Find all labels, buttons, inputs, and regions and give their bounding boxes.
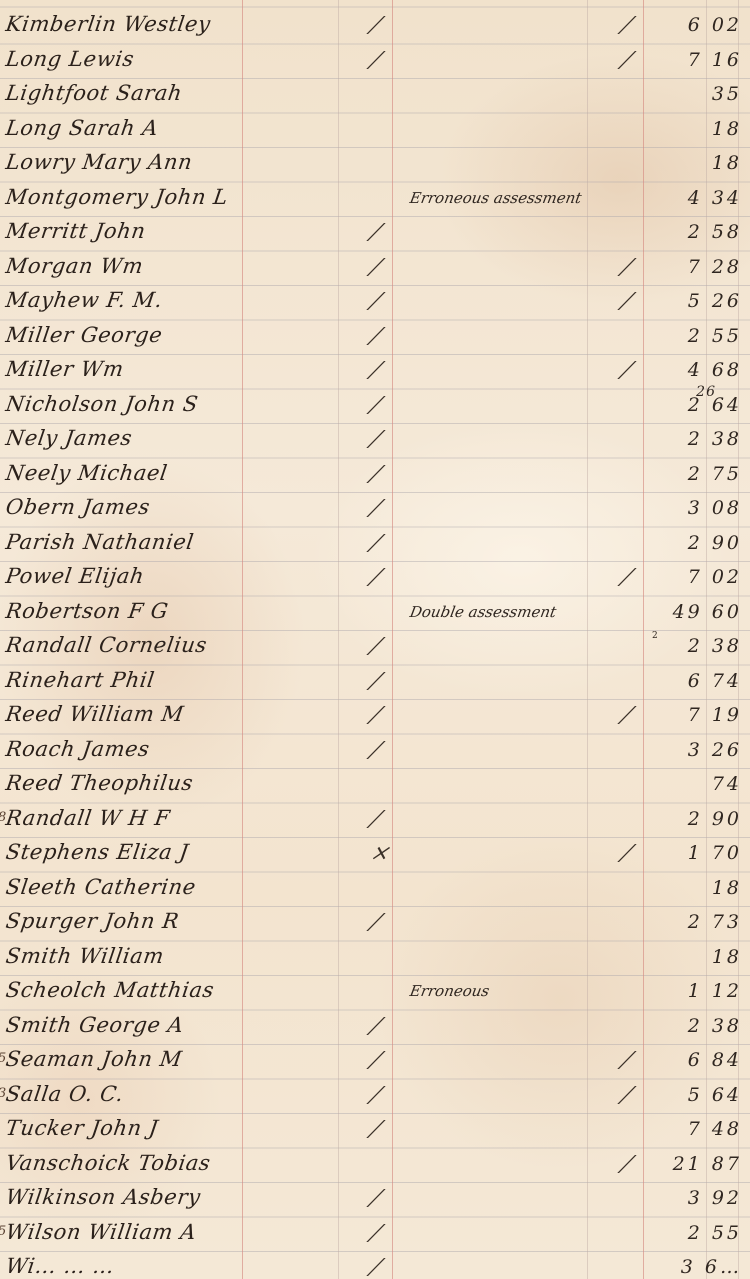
amount: 4 68 bbox=[660, 359, 742, 381]
amount: 262 64 bbox=[660, 394, 742, 416]
remark-text: Erroneous bbox=[408, 982, 490, 1000]
amount-value: 1 70 bbox=[688, 842, 742, 864]
taxpayer-name: Long Lewis bbox=[4, 47, 135, 71]
taxpayer-name: Rinehart Phil bbox=[4, 668, 156, 692]
amount: 18 bbox=[660, 152, 742, 174]
check-mark-2: / bbox=[617, 48, 636, 73]
ledger-page: Kimberlin Westley / / 6 02 Long Lewis / … bbox=[0, 0, 750, 1279]
ledger-row: Scheolch Matthias Erroneous 1 12 bbox=[0, 976, 750, 1010]
amount: 2 38 bbox=[660, 635, 742, 657]
amount: 5 64 bbox=[660, 1084, 742, 1106]
ledger-row: Kimberlin Westley / / 6 02 bbox=[0, 10, 750, 44]
check-mark-2: / bbox=[617, 1048, 636, 1073]
ledger-row: Reed Theophilus 74 bbox=[0, 769, 750, 803]
amount-value: 35 bbox=[712, 83, 742, 105]
taxpayer-name: Morgan Wm bbox=[4, 254, 145, 278]
amount-correction: 26 bbox=[696, 384, 716, 400]
ledger-row: Roach James / 3 26 bbox=[0, 735, 750, 769]
check-mark-1: / bbox=[366, 807, 385, 832]
amount: 2 75 bbox=[660, 463, 742, 485]
amount: 7 48 bbox=[660, 1118, 742, 1140]
taxpayer-name: Nicholson John S bbox=[4, 392, 200, 416]
check-mark-1: / bbox=[366, 1083, 385, 1108]
amount-value: 2 90 bbox=[688, 532, 742, 554]
ledger-row: Spurger John R / 2 73 bbox=[0, 907, 750, 941]
amount-value: 6 84 bbox=[688, 1049, 742, 1071]
check-mark-1: / bbox=[366, 669, 385, 694]
amount: 1 70 bbox=[660, 842, 742, 864]
amount: 3 26 bbox=[660, 739, 742, 761]
taxpayer-name: Spurger John R bbox=[4, 909, 180, 933]
amount-value: 1 12 bbox=[688, 980, 742, 1002]
check-mark-1: / bbox=[366, 220, 385, 245]
ledger-row: Montgomery John L Erroneous assessment 4… bbox=[0, 183, 750, 217]
amount-value: 2 38 bbox=[688, 635, 742, 657]
taxpayer-name: Neely Michael bbox=[4, 461, 169, 485]
taxpayer-name: Mayhew F. M. bbox=[4, 288, 164, 312]
check-mark-1: / bbox=[366, 13, 385, 38]
ledger-row: Long Sarah A 18 bbox=[0, 114, 750, 148]
taxpayer-name: Smith George A bbox=[4, 1013, 185, 1037]
amount: 6 74 bbox=[660, 670, 742, 692]
ledger-row: Miller George / 2 55 bbox=[0, 321, 750, 355]
check-mark-1: / bbox=[366, 1117, 385, 1142]
taxpayer-name: Powel Elijah bbox=[4, 564, 146, 588]
ledger-row: Tucker John J / 7 48 bbox=[0, 1114, 750, 1148]
amount: 2 38 bbox=[660, 428, 742, 450]
check-mark-2: / bbox=[617, 255, 636, 280]
check-mark-1: / bbox=[366, 738, 385, 763]
ledger-row: Long Lewis / / 7 16 bbox=[0, 45, 750, 79]
amount: 2 55 bbox=[660, 325, 742, 347]
ledger-row: Obern James / 3 08 bbox=[0, 493, 750, 527]
check-mark-1: × bbox=[366, 841, 396, 866]
amount-value: 3 92 bbox=[688, 1187, 742, 1209]
taxpayer-name: Miller George bbox=[4, 323, 164, 347]
check-mark-1: / bbox=[366, 1186, 385, 1211]
amount-value: 49 60 bbox=[673, 601, 742, 623]
amount: 3 6… bbox=[660, 1256, 742, 1278]
amount: 1 12 bbox=[660, 980, 742, 1002]
ledger-row: Vanschoick Tobias / 21 87 bbox=[0, 1149, 750, 1183]
ledger-row: Lowry Mary Ann 18 bbox=[0, 148, 750, 182]
amount-value: 18 bbox=[712, 152, 742, 174]
amount-value: 2 90 bbox=[688, 808, 742, 830]
taxpayer-name: Seaman John M bbox=[4, 1047, 183, 1071]
taxpayer-name: Nely James bbox=[4, 426, 133, 450]
taxpayer-name: Vanschoick Tobias bbox=[4, 1151, 212, 1175]
ledger-row: Wilkinson Asbery / 3 92 bbox=[0, 1183, 750, 1217]
check-mark-2: / bbox=[617, 1083, 636, 1108]
amount: 2 73 bbox=[660, 911, 742, 933]
amount: 35 bbox=[660, 83, 742, 105]
amount-value: 2 73 bbox=[688, 911, 742, 933]
amount: 5 26 bbox=[660, 290, 742, 312]
check-mark-2: / bbox=[617, 13, 636, 38]
taxpayer-name: Robertson F G bbox=[4, 599, 170, 623]
taxpayer-name: Stephens Eliza J bbox=[4, 840, 190, 864]
remark-text: Erroneous assessment bbox=[408, 189, 583, 207]
ledger-row: Miller Wm / / 4 68 bbox=[0, 355, 750, 389]
check-mark-1: / bbox=[366, 1255, 385, 1279]
amount-value: 21 87 bbox=[673, 1153, 742, 1175]
amount-value: 18 bbox=[712, 118, 742, 140]
check-mark-1: / bbox=[366, 393, 385, 418]
check-mark-1: / bbox=[366, 289, 385, 314]
ledger-row: 8 Randall W H F / 2 90 bbox=[0, 804, 750, 838]
remark-text: Double assessment bbox=[408, 603, 557, 621]
amount-value: 5 64 bbox=[688, 1084, 742, 1106]
check-mark-1: / bbox=[366, 255, 385, 280]
amount: 6 84 bbox=[660, 1049, 742, 1071]
check-mark-2: / bbox=[617, 1152, 636, 1177]
amount: 2 58 bbox=[660, 221, 742, 243]
ledger-row: Morgan Wm / / 7 28 bbox=[0, 252, 750, 286]
taxpayer-name: Reed William M bbox=[4, 702, 185, 726]
amount: 7 28 bbox=[660, 256, 742, 278]
ledger-row: 5 Seaman John M / / 6 84 bbox=[0, 1045, 750, 1079]
taxpayer-name: Miller Wm bbox=[4, 357, 125, 381]
amount: 18 bbox=[660, 946, 742, 968]
amount: 3 08 bbox=[660, 497, 742, 519]
ledger-row: Rinehart Phil / 6 74 bbox=[0, 666, 750, 700]
taxpayer-name: Reed Theophilus bbox=[4, 771, 194, 795]
check-mark-1: / bbox=[366, 1221, 385, 1246]
amount: 2 55 bbox=[660, 1222, 742, 1244]
ledger-row: Mayhew F. M. / / 5 26 bbox=[0, 286, 750, 320]
taxpayer-name: Sleeth Catherine bbox=[4, 875, 197, 899]
check-mark-1: / bbox=[366, 1048, 385, 1073]
check-mark-1: / bbox=[366, 634, 385, 659]
amount-value: 7 16 bbox=[688, 49, 742, 71]
taxpayer-name: Wilson William A bbox=[4, 1220, 198, 1244]
ledger-row: Reed William M / / 7 19 bbox=[0, 700, 750, 734]
amount: 4 34 bbox=[660, 187, 742, 209]
ledger-row: Merritt John / 2 58 bbox=[0, 217, 750, 251]
amount-value: 4 68 bbox=[688, 359, 742, 381]
check-mark-1: / bbox=[366, 427, 385, 452]
taxpayer-name: Randall W H F bbox=[4, 806, 171, 830]
amount-value: 7 28 bbox=[688, 256, 742, 278]
check-mark-2: / bbox=[617, 358, 636, 383]
check-mark-1: / bbox=[366, 462, 385, 487]
ledger-row: Randall Cornelius / 2 2 38 bbox=[0, 631, 750, 665]
amount-value: 2 38 bbox=[688, 1015, 742, 1037]
amount-value: 3 6… bbox=[681, 1256, 742, 1278]
check-mark-2: / bbox=[617, 703, 636, 728]
amount-value: 7 19 bbox=[688, 704, 742, 726]
check-mark-2: / bbox=[617, 289, 636, 314]
taxpayer-name: Tucker John J bbox=[4, 1116, 160, 1140]
amount-value: 6 74 bbox=[688, 670, 742, 692]
amount-value: 2 55 bbox=[688, 1222, 742, 1244]
amount-value: 74 bbox=[712, 773, 742, 795]
amount: 7 02 bbox=[660, 566, 742, 588]
check-mark-1: / bbox=[366, 48, 385, 73]
amount: 21 87 bbox=[660, 1153, 742, 1175]
check-mark-1: / bbox=[366, 324, 385, 349]
taxpayer-name: Wi… … … bbox=[4, 1254, 116, 1278]
amount-value: 2 38 bbox=[688, 428, 742, 450]
amount-value: 2 55 bbox=[688, 325, 742, 347]
taxpayer-name: Randall Cornelius bbox=[4, 633, 208, 657]
amount: 2 90 bbox=[660, 532, 742, 554]
amount-value: 6 02 bbox=[688, 14, 742, 36]
ledger-row: 5 Wilson William A / 2 55 bbox=[0, 1218, 750, 1252]
taxpayer-name: Merritt John bbox=[4, 219, 147, 243]
amount: 7 19 bbox=[660, 704, 742, 726]
ledger-row: Sleeth Catherine 18 bbox=[0, 873, 750, 907]
superscript-note: 2 bbox=[652, 631, 658, 641]
taxpayer-name: Wilkinson Asbery bbox=[4, 1185, 202, 1209]
taxpayer-name: Long Sarah A bbox=[4, 116, 160, 140]
taxpayer-name: Montgomery John L bbox=[4, 185, 229, 209]
amount: 49 60 bbox=[660, 601, 742, 623]
ledger-row: Nicholson John S / 262 64 bbox=[0, 390, 750, 424]
ledger-row: Powel Elijah / / 7 02 bbox=[0, 562, 750, 596]
amount-value: 18 bbox=[712, 946, 742, 968]
check-mark-2: / bbox=[617, 565, 636, 590]
taxpayer-name: Salla O. C. bbox=[4, 1082, 125, 1106]
amount: 18 bbox=[660, 877, 742, 899]
amount-value: 2 75 bbox=[688, 463, 742, 485]
check-mark-1: / bbox=[366, 496, 385, 521]
taxpayer-name: Roach James bbox=[4, 737, 151, 761]
taxpayer-name: Obern James bbox=[4, 495, 151, 519]
ledger-row: Smith George A / 2 38 bbox=[0, 1011, 750, 1045]
ledger-row: Neely Michael / 2 75 bbox=[0, 459, 750, 493]
taxpayer-name: Smith William bbox=[4, 944, 165, 968]
amount-value: 5 26 bbox=[688, 290, 742, 312]
check-mark-1: / bbox=[366, 703, 385, 728]
amount-value: 4 34 bbox=[688, 187, 742, 209]
ledger-row: Parish Nathaniel / 2 90 bbox=[0, 528, 750, 562]
ledger-row: Stephens Eliza J × / 1 70 bbox=[0, 838, 750, 872]
amount-value: 7 02 bbox=[688, 566, 742, 588]
taxpayer-name: Kimberlin Westley bbox=[4, 12, 212, 36]
amount-value: 18 bbox=[712, 877, 742, 899]
ledger-row: Wi… … … / 3 6… bbox=[0, 1252, 750, 1279]
amount-value: 3 26 bbox=[688, 739, 742, 761]
check-mark-1: / bbox=[366, 910, 385, 935]
ledger-row: Smith William 18 bbox=[0, 942, 750, 976]
amount: 7 16 bbox=[660, 49, 742, 71]
ledger-row: Robertson F G Double assessment 49 60 bbox=[0, 597, 750, 631]
check-mark-1: / bbox=[366, 1014, 385, 1039]
amount: 6 02 bbox=[660, 14, 742, 36]
ledger-row: Nely James / 2 38 bbox=[0, 424, 750, 458]
taxpayer-name: Scheolch Matthias bbox=[4, 978, 215, 1002]
amount: 3 92 bbox=[660, 1187, 742, 1209]
amount: 18 bbox=[660, 118, 742, 140]
amount: 74 bbox=[660, 773, 742, 795]
ledger-row: Lightfoot Sarah 35 bbox=[0, 79, 750, 113]
amount: 2 90 bbox=[660, 808, 742, 830]
check-mark-1: / bbox=[366, 531, 385, 556]
taxpayer-name: Parish Nathaniel bbox=[4, 530, 195, 554]
amount: 2 38 bbox=[660, 1015, 742, 1037]
amount-value: 2 58 bbox=[688, 221, 742, 243]
amount-value: 3 08 bbox=[688, 497, 742, 519]
taxpayer-name: Lightfoot Sarah bbox=[4, 81, 184, 105]
check-mark-1: / bbox=[366, 565, 385, 590]
amount-value: 7 48 bbox=[688, 1118, 742, 1140]
ledger-row: 3 Salla O. C. / / 5 64 bbox=[0, 1080, 750, 1114]
check-mark-2: / bbox=[617, 841, 636, 866]
check-mark-1: / bbox=[366, 358, 385, 383]
taxpayer-name: Lowry Mary Ann bbox=[4, 150, 194, 174]
